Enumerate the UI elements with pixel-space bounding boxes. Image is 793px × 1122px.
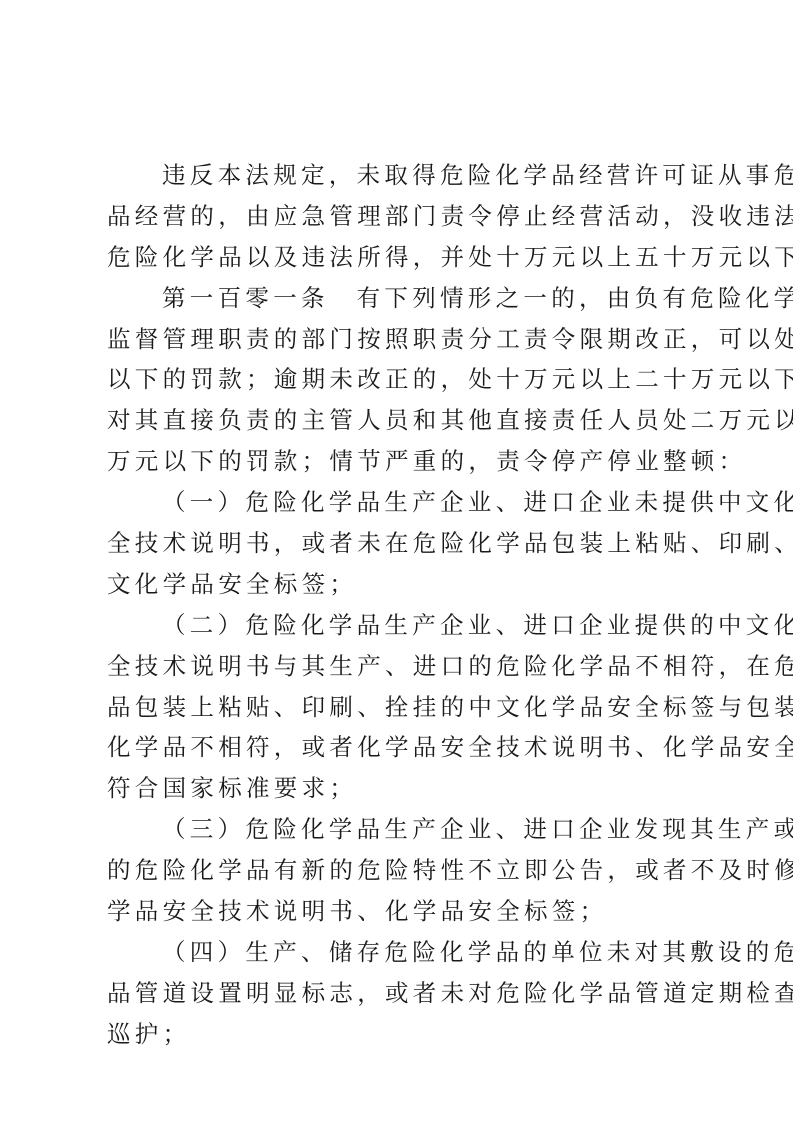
text-line: 以下的罚款；逾期未改正的，处十万元以上二十万元以下的罚款， [107,359,692,400]
text-line: 违反本法规定，未取得危险化学品经营许可证从事危险化学 [107,155,692,196]
text-line: 品包装上粘贴、印刷、拴挂的中文化学品安全标签与包装内危险 [107,687,692,728]
text-line: 品经营的，由应急管理部门责令停止经营活动，没收违法经营的 [107,196,692,237]
text-line: （三）危险化学品生产企业、进口企业发现其生产或者进口 [107,809,692,850]
text-line: 学品安全技术说明书、化学品安全标签； [107,891,692,932]
text-line: 危险化学品以及违法所得，并处十万元以上五十万元以下的罚款。 [107,237,692,278]
text-line: 巡护； [107,1014,692,1055]
paragraph-item-1: （一）危险化学品生产企业、进口企业未提供中文化学品安 全技术说明书，或者未在危险… [107,482,692,605]
text-line: （二）危险化学品生产企业、进口企业提供的中文化学品安 [107,605,692,646]
document-page: 违反本法规定，未取得危险化学品经营许可证从事危险化学 品经营的，由应急管理部门责… [107,155,692,1055]
text-line: 的危险化学品有新的危险特性不立即公告，或者不及时修订其化 [107,850,692,891]
paragraph-item-2: （二）危险化学品生产企业、进口企业提供的中文化学品安 全技术说明书与其生产、进口… [107,605,692,809]
paragraph-item-4: （四）生产、储存危险化学品的单位未对其敷设的危险化学 品管道设置明显标志，或者未… [107,932,692,1055]
text-line: 文化学品安全标签； [107,564,692,605]
text-line: 对其直接负责的主管人员和其他直接责任人员处二万元以上五 [107,400,692,441]
paragraph-unlicensed-operation: 违反本法规定，未取得危险化学品经营许可证从事危险化学 品经营的，由应急管理部门责… [107,155,692,278]
text-line: 品管道设置明显标志，或者未对危险化学品管道定期检查、检测、 [107,973,692,1014]
text-line: （四）生产、储存危险化学品的单位未对其敷设的危险化学 [107,932,692,973]
text-line: 符合国家标准要求； [107,768,692,809]
text-line: （一）危险化学品生产企业、进口企业未提供中文化学品安 [107,482,692,523]
text-line: 第一百零一条 有下列情形之一的，由负有危险化学品安全 [107,278,692,319]
text-line: 监督管理职责的部门按照职责分工责令限期改正，可以处十万元 [107,319,692,360]
paragraph-article-101: 第一百零一条 有下列情形之一的，由负有危险化学品安全 监督管理职责的部门按照职责… [107,278,692,482]
text-line: 万元以下的罚款；情节严重的，责令停产停业整顿： [107,441,692,482]
text-line: 全技术说明书与其生产、进口的危险化学品不相符，在危险化学 [107,646,692,687]
paragraph-item-3: （三）危险化学品生产企业、进口企业发现其生产或者进口 的危险化学品有新的危险特性… [107,809,692,932]
text-line: 化学品不相符，或者化学品安全技术说明书、化学品安全标签不 [107,727,692,768]
text-line: 全技术说明书，或者未在危险化学品包装上粘贴、印刷、拴挂中 [107,523,692,564]
